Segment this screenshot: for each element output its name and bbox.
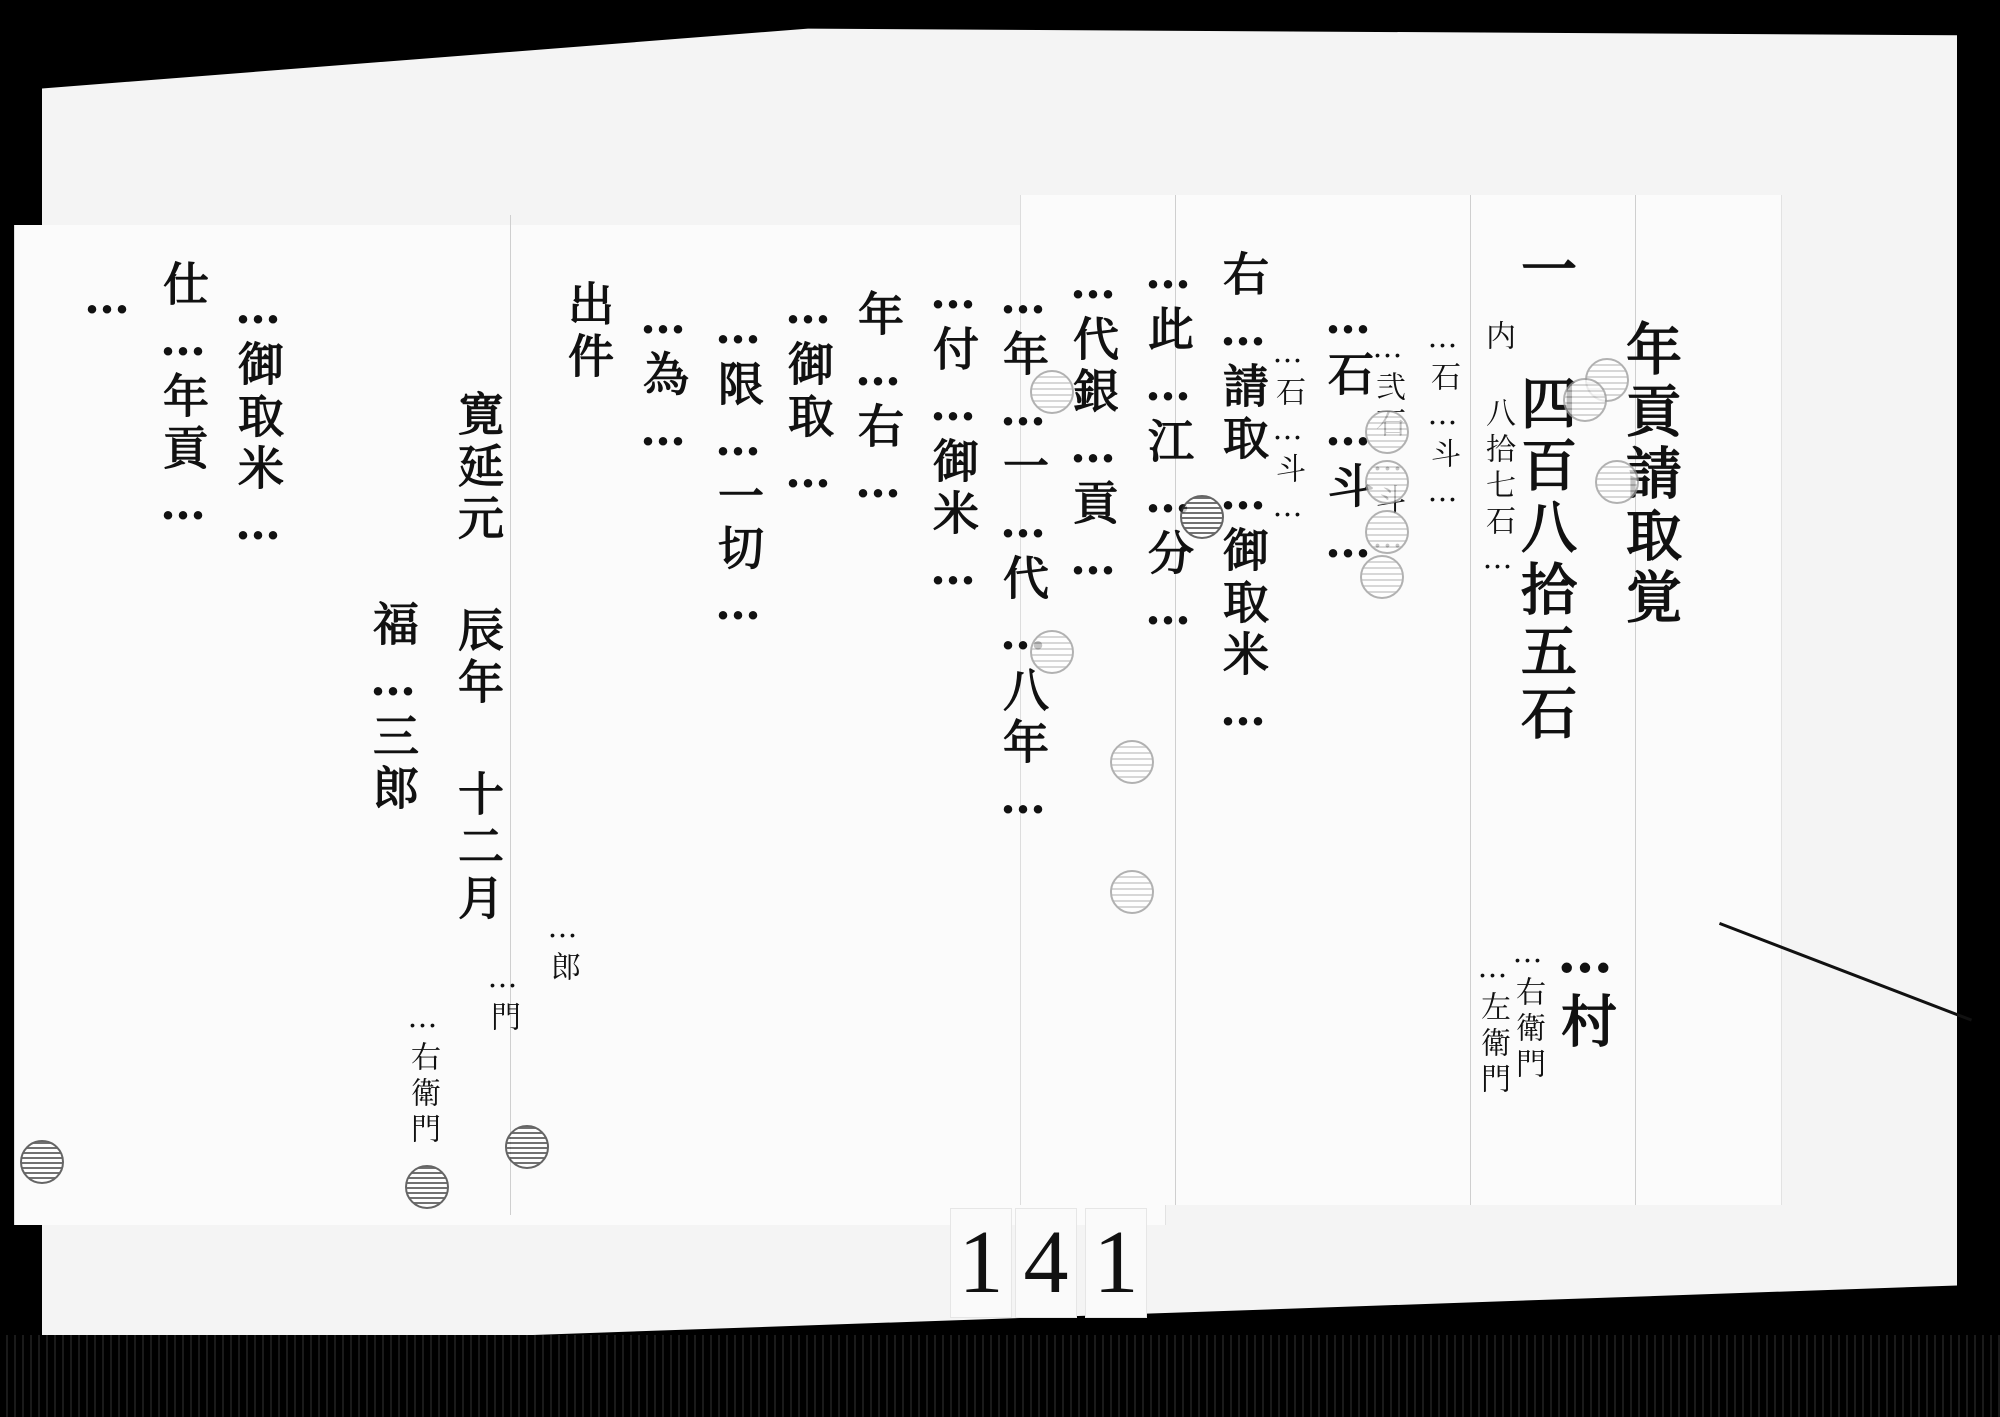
body-line-2: …此…江…分…	[1135, 245, 1201, 641]
scan-bottom-edge	[0, 1335, 2000, 1417]
seal-stamp-icon	[20, 1140, 64, 1184]
seal-stamp-icon	[1360, 555, 1404, 599]
seal-stamp-icon	[1110, 870, 1154, 914]
seal-stamp-icon	[1595, 460, 1639, 504]
body-line-5: …付…御米…	[920, 265, 986, 601]
village-sub-2: …左衛門	[1470, 950, 1514, 1099]
village-signature: …村	[1545, 920, 1625, 1054]
body-line-7: …御取…	[775, 280, 841, 504]
body-line-6: 年…右…	[845, 290, 911, 514]
body-line-1: 右…請取…御取米…	[1210, 250, 1276, 742]
seal-stamp-icon	[405, 1165, 449, 1209]
sub-item-1: 内 八拾七石…	[1475, 320, 1519, 582]
seal-stamp-icon	[1180, 495, 1224, 539]
seal-stamp-icon	[1563, 378, 1607, 422]
body-line-9: …為…	[630, 290, 696, 462]
seal-stamp-icon	[1365, 410, 1409, 454]
official-name: 福…三郎	[360, 600, 426, 816]
signature-3: …右衛門	[400, 1000, 444, 1149]
closing-line-1: …御取米…	[225, 280, 291, 556]
body-line-3: …代銀…貢…	[1060, 255, 1126, 591]
seal-stamp-icon	[1030, 370, 1074, 414]
seal-stamp-icon	[505, 1125, 549, 1169]
seal-stamp-icon	[1110, 740, 1154, 784]
closing-line-3: …	[80, 270, 134, 330]
archive-number-digit: 1	[1085, 1208, 1147, 1318]
body-line-4: …年…一…代…八年…	[990, 270, 1056, 830]
archive-number-digit: 1	[950, 1208, 1012, 1318]
sub-item-2: …石…斗…	[1420, 320, 1464, 515]
date-line: 寛延元 辰年 十二月	[445, 390, 511, 926]
body-line-10: 出件	[555, 280, 621, 384]
signature-2: …門	[480, 960, 524, 1037]
archive-number-digit: 4	[1015, 1208, 1077, 1318]
closing-line-2: 仕…年貢…	[150, 260, 216, 536]
body-line-8: …限…一切…	[705, 300, 771, 636]
seal-stamp-icon	[1365, 510, 1409, 554]
signature-1: …郎	[540, 910, 584, 987]
seal-stamp-icon	[1365, 460, 1409, 504]
seal-stamp-icon	[1030, 630, 1074, 674]
